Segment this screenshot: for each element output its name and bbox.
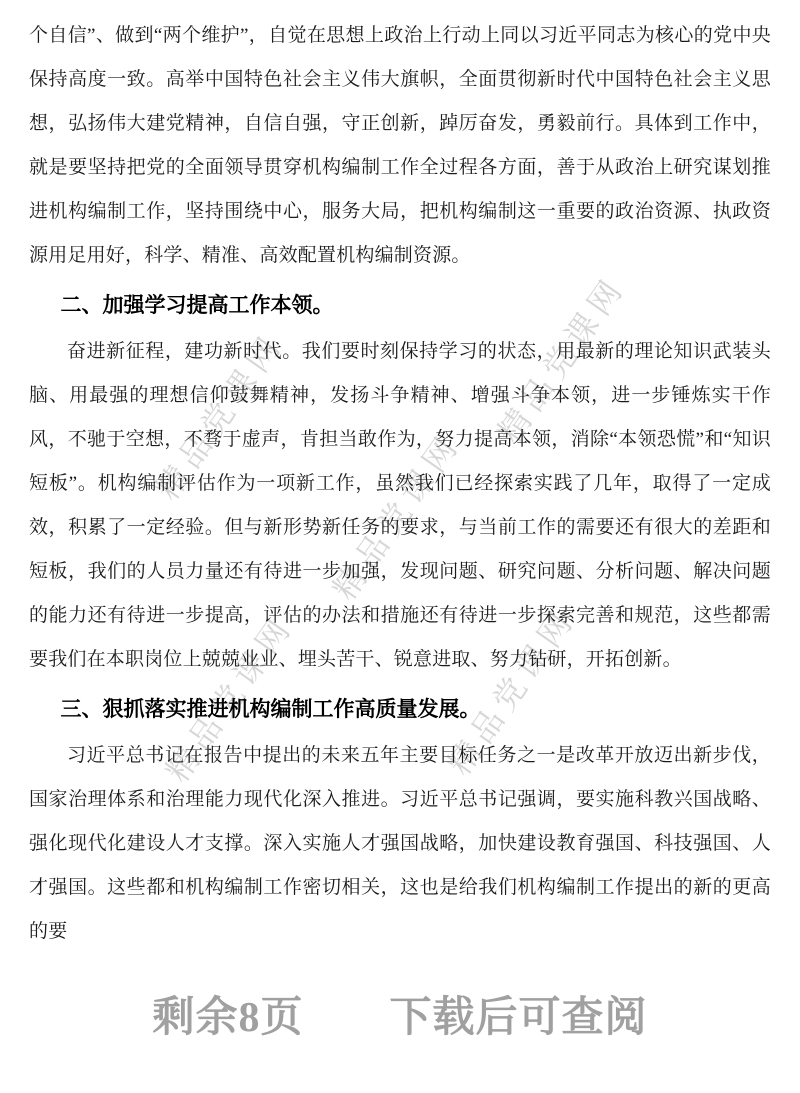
paragraph: 习近平总书记在报告中提出的未来五年主要目标任务之一是改革开放迈出新步伐，国家治理… <box>29 734 771 954</box>
remaining-pages-notice: 剩余8页 下载后可查阅 <box>0 992 800 1044</box>
paragraph: 个自信”、做到“两个维护”，自觉在思想上政治上行动上同以习近平同志为核心的党中央… <box>29 14 771 278</box>
paragraph: 奋进新征程，建功新时代。我们要时刻保持学习的状态，用最新的理论知识武装头脑、用最… <box>29 330 771 682</box>
document-body: 个自信”、做到“两个维护”，自觉在思想上政治上行动上同以习近平同志为核心的党中央… <box>29 14 771 954</box>
section-heading: 二、加强学习提高工作本领。 <box>29 284 771 328</box>
section-heading: 三、狠抓落实推进机构编制工作高质量发展。 <box>29 688 771 732</box>
document-page: 精品党课网精品党课网精品党课网精品党课网精品党课网 个自信”、做到“两个维护”，… <box>0 0 800 1093</box>
